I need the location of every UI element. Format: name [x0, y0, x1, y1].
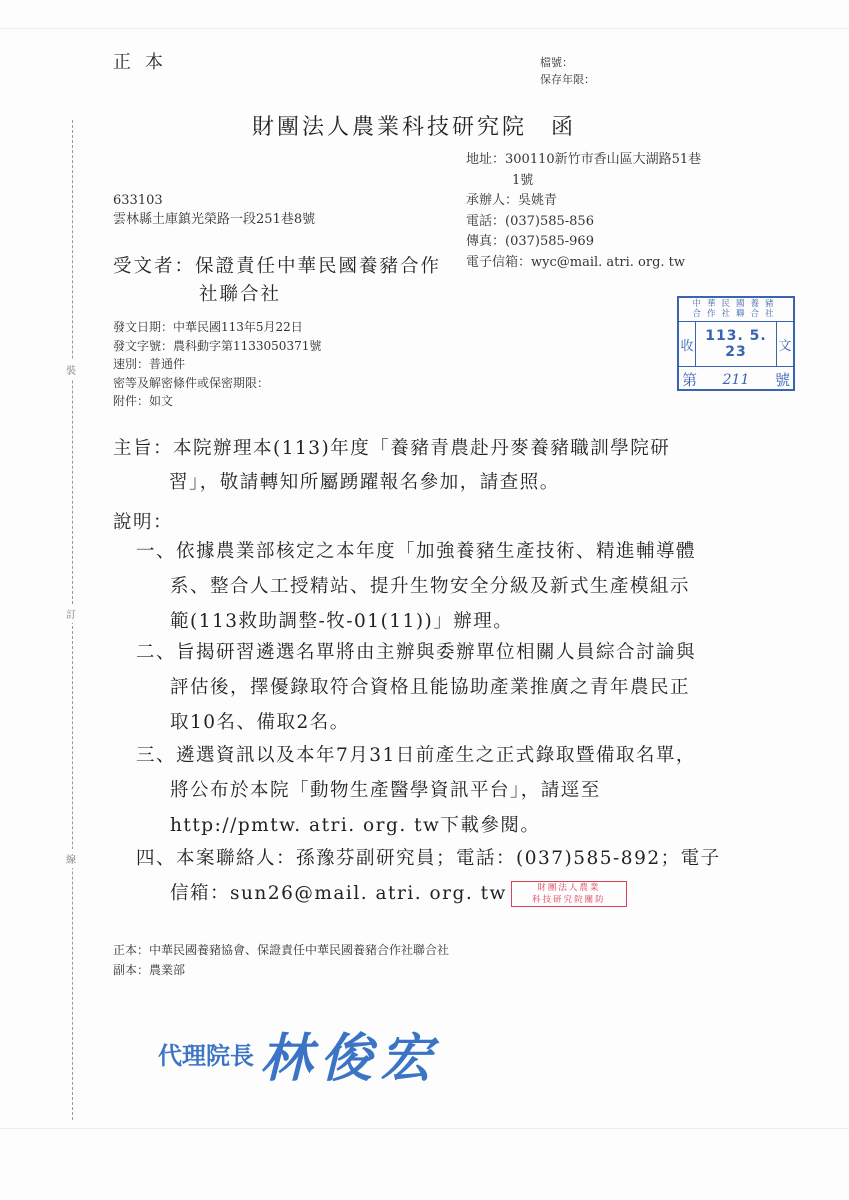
explanation-item-1: 一、依據農業部核定之本年度「加強養豬生產技術、精進輔導體 系、整合人工授精站、提… [136, 534, 696, 639]
fax: 傳真：(037)585-969 [466, 232, 701, 253]
explanation-item-4: 四、本案聯絡人：孫豫芬副研究員；電話：(037)585-892；電子 信箱：su… [136, 841, 721, 911]
security-level: 密等及解密條件或保密期限： [113, 374, 321, 393]
signature-stamp: 代理院長林俊宏 [158, 1016, 440, 1091]
platform-url: http://pmtw. atri. org. tw下載參閱。 [136, 808, 696, 843]
signatory-role: 代理院長 [158, 1042, 254, 1070]
file-number-label: 檔號： [540, 54, 595, 71]
doc-type: 函 [551, 115, 576, 140]
stamp-doc-char: 文 [776, 322, 793, 366]
recipient-line2: 社聯合社 [113, 281, 441, 309]
postal-code: 633103 [113, 191, 315, 210]
retention-period-label: 保存年限： [540, 71, 595, 88]
copy-recipients: 副本：農業部 [113, 960, 449, 980]
stamp-header: 中華民國養豬 合作社聯合社 [679, 298, 793, 322]
attachment: 附件：如文 [113, 392, 321, 411]
original-recipients: 正本：中華民國養豬協會、保證責任中華民國養豬合作社聯合社 [113, 940, 449, 960]
distribution: 正本：中華民國養豬協會、保證責任中華民國養豬合作社聯合社 副本：農業部 [113, 940, 449, 980]
email: 電子信箱：wyc@mail. atri. org. tw [466, 253, 701, 274]
scan-artifact [0, 28, 849, 29]
sender-address: 地址：300110新竹市香山區大湖路51巷 [466, 150, 701, 171]
document-title: 財團法人農業科技研究院函 [252, 110, 576, 141]
binding-mark-xian: 線 [66, 849, 76, 868]
stamp-received-char: 收 [679, 322, 696, 366]
contact-email: 信箱：sun26@mail. atri. org. tw [170, 883, 507, 904]
recipient-address: 633103 雲林縣土庫鎮光榮路一段251巷8號 [113, 191, 315, 229]
stamp-number-row: 第 211 號 [679, 367, 793, 392]
explanation-label: 說明： [113, 508, 173, 534]
explanation-item-3: 三、遴選資訊以及本年7月31日前產生之正式錄取暨備取名單， 將公布於本院「動物生… [136, 738, 696, 843]
received-stamp: 中華民國養豬 合作社聯合社 收 113. 5. 23 文 第 211 號 [677, 296, 795, 391]
signatory-name: 林俊宏 [260, 1029, 440, 1089]
recipient-line1: 受文者：保證責任中華民國養豬合作 [113, 256, 441, 277]
stamp-date: 113. 5. 23 [696, 328, 776, 360]
sender-address-cont: 1號 [466, 171, 701, 192]
recipient: 受文者：保證責任中華民國養豬合作 社聯合社 [113, 253, 441, 309]
binding-mark-ding: 訂 [66, 604, 76, 623]
phone: 電話：(037)585-856 [466, 212, 701, 233]
stamp-number: 211 [723, 372, 750, 388]
document-meta: 發文日期：中華民國113年5月22日 發文字號：農科動字第1133050371號… [113, 318, 321, 411]
doc-number: 發文字號：農科動字第1133050371號 [113, 337, 321, 356]
subject: 主旨：本院辦理本(113)年度「養豬青農赴丹麥養豬職訓學院研 習」，敬請轉知所屬… [113, 432, 670, 500]
org-name: 財團法人農業科技研究院 [252, 115, 527, 140]
org-seal: 財團法人農業科技研究院關防 [511, 881, 627, 907]
scan-artifact [0, 1128, 849, 1129]
copy-type-label: 正本 [113, 48, 177, 74]
issue-date: 發文日期：中華民國113年5月22日 [113, 318, 321, 337]
stamp-date-row: 收 113. 5. 23 文 [679, 322, 793, 367]
street-address: 雲林縣土庫鎮光榮路一段251巷8號 [113, 210, 315, 229]
binding-mark-zhuang: 裝 [66, 360, 76, 379]
urgency: 速別：普通件 [113, 355, 321, 374]
handler: 承辦人：吳姚青 [466, 191, 701, 212]
explanation-item-2: 二、旨揭研習遴選名單將由主辦與委辦單位相關人員綜合討論與 評估後，擇優錄取符合資… [136, 635, 696, 740]
file-info: 檔號： 保存年限： [540, 54, 595, 88]
sender-info: 地址：300110新竹市香山區大湖路51巷 1號 承辦人：吳姚青 電話：(037… [466, 150, 701, 273]
